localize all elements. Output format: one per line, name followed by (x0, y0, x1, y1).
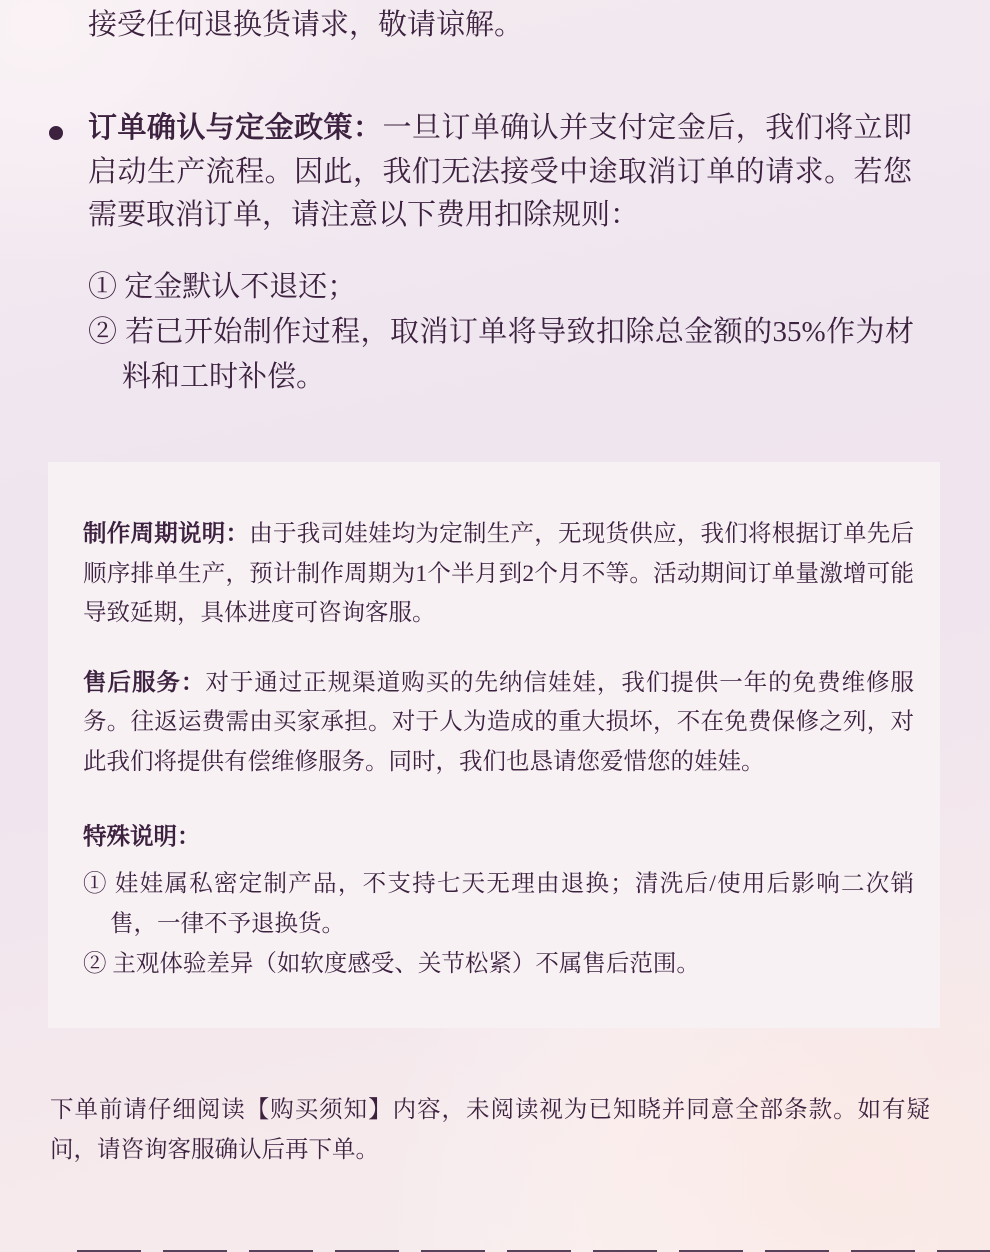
special-note-1: ① 娃娃属私密定制产品，不支持七天无理由退换；清洗后/使用后影响二次销售，一律不… (83, 864, 914, 944)
special-note-2: ② 主观体验差异（如软度感受、关节松紧）不属售后范围。 (83, 944, 914, 984)
bullet-dot (49, 126, 63, 140)
policy-title: 订单确认与定金政策： (88, 112, 382, 144)
after-sales-label: 售后服务： (83, 670, 205, 696)
production-cycle-label: 制作周期说明： (83, 521, 249, 547)
after-sales-paragraph: 售后服务：对于通过正规渠道购买的先纳信娃娃，我们提供一年的免费维修服务。往返运费… (83, 664, 914, 783)
cancellation-rule-2: ② 若已开始制作过程，取消订单将导致扣除总金额的35%作为材料和工时补偿。 (88, 310, 914, 400)
order-deposit-policy: 订单确认与定金政策：一旦订单确认并支付定金后，我们将立即启动生产流程。因此，我们… (88, 107, 912, 238)
cancellation-rules-list: ① 定金默认不退还； ② 若已开始制作过程，取消订单将导致扣除总金额的35%作为… (88, 265, 914, 400)
special-notes-list: ① 娃娃属私密定制产品，不支持七天无理由退换；清洗后/使用后影响二次销售，一律不… (83, 864, 914, 984)
after-sales-text: 对于通过正规渠道购买的先纳信娃娃，我们提供一年的免费维修服务。往返运费需由买家承… (83, 670, 914, 775)
footer-disclaimer: 下单前请仔细阅读【购买须知】内容，未阅读视为已知晓并同意全部条款。如有疑问，请咨… (50, 1090, 930, 1170)
cancellation-rule-1: ① 定金默认不退还； (88, 265, 914, 310)
previous-paragraph-tail: 接受任何退换货请求，敬请谅解。 (88, 3, 878, 47)
production-cycle-paragraph: 制作周期说明：由于我司娃娃均为定制生产，无现货供应，我们将根据订单先后顺序排单生… (83, 515, 914, 634)
service-info-card: 制作周期说明：由于我司娃娃均为定制生产，无现货供应，我们将根据订单先后顺序排单生… (48, 462, 940, 1028)
purchase-notice-page: 接受任何退换货请求，敬请谅解。 订单确认与定金政策：一旦订单确认并支付定金后，我… (0, 0, 990, 1252)
special-notes-heading: 特殊说明： (83, 818, 914, 858)
